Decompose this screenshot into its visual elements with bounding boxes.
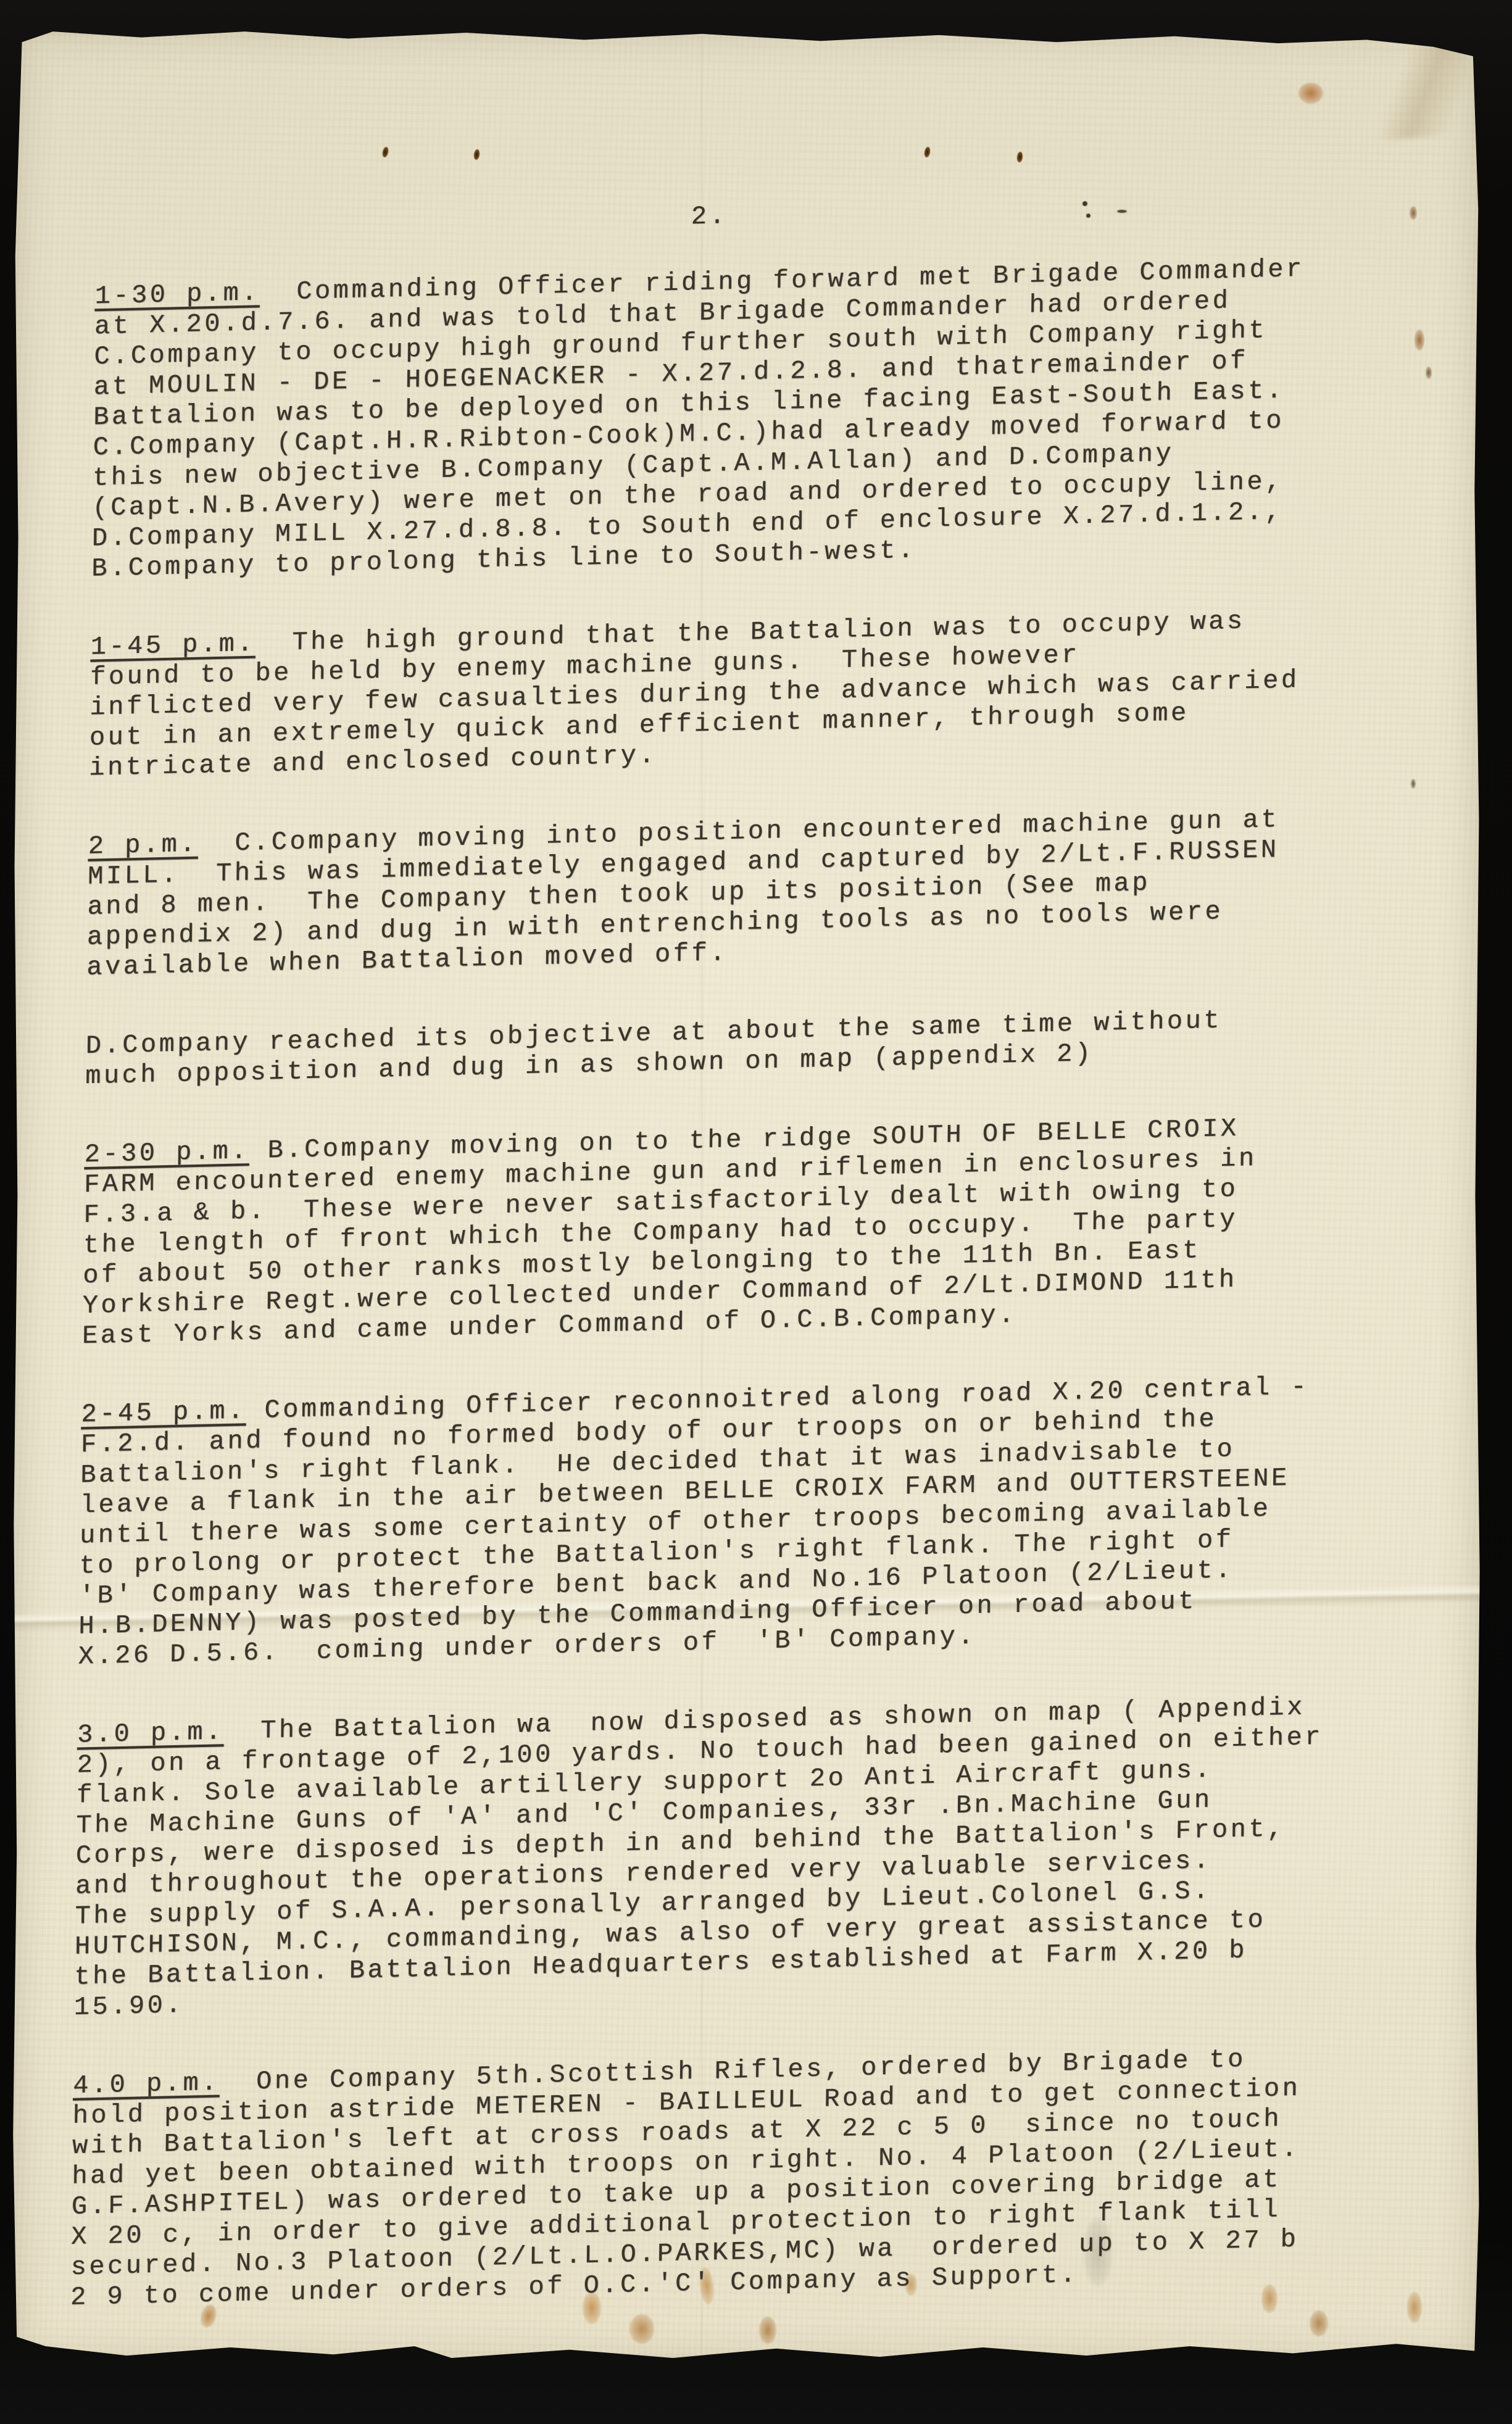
pinhole-mark xyxy=(924,146,931,157)
diary-entry-dcompany: D.Company reached its objective at about… xyxy=(85,1001,1406,1092)
speck-mark xyxy=(1411,779,1416,789)
entry-text: The high ground that the Battalion was t… xyxy=(89,606,1300,783)
entry-text: The Battalion wa now disposed as shown o… xyxy=(74,1692,1324,2022)
entry-time-label: 2-30 p.m. xyxy=(84,1136,249,1169)
diary-entry-3pm: 3.0 p.m. The Battalion wa now disposed a… xyxy=(73,1690,1397,2023)
scanned-war-diary-page: { "page": { "number": "2." }, "entries":… xyxy=(0,0,1512,2424)
typed-text-block: 2. 1-30 p.m. Commanding Officer riding f… xyxy=(70,186,1416,2313)
entry-time-label: 2 p.m. xyxy=(88,829,198,861)
entry-text: Commanding Officer riding forward met Br… xyxy=(91,254,1305,584)
entry-text: B.Company moving on to the ridge SOUTH O… xyxy=(82,1114,1257,1351)
diary-entry-230pm: 2-30 p.m. B.Company moving on to the rid… xyxy=(82,1110,1405,1352)
entry-time-label: 4.0 p.m. xyxy=(73,2067,220,2100)
diary-entry-245pm: 2-45 p.m. Commanding Officer reconnoitre… xyxy=(78,1370,1402,1672)
foxing-stain xyxy=(1310,2310,1328,2336)
foxing-stain xyxy=(1261,2285,1277,2313)
entry-text: D.Company reached its objective at about… xyxy=(85,1005,1222,1091)
diary-entry-130pm: 1-30 p.m. Commanding Officer riding forw… xyxy=(91,252,1415,584)
pinhole-mark xyxy=(1016,152,1023,163)
foxing-stain xyxy=(629,2314,654,2344)
entry-text: One Company 5th.Scottish Rifles, ordered… xyxy=(70,2044,1301,2312)
entry-time-label: 2-45 p.m. xyxy=(81,1396,246,1429)
entry-time-label: 3.0 p.m. xyxy=(77,1717,224,1750)
diary-entry-4pm: 4.0 p.m. One Company 5th.Scottish Rifles… xyxy=(70,2041,1394,2313)
diary-entry-2pm: 2 p.m. C.Company moving into position en… xyxy=(86,802,1408,983)
entry-time-label: 1-30 p.m. xyxy=(94,278,260,311)
foxing-stain xyxy=(1407,2292,1422,2323)
entry-text: Commanding Officer reconnoitred along ro… xyxy=(78,1372,1309,1671)
entry-time-label: 1-45 p.m. xyxy=(90,629,255,662)
entry-text: C.Company moving into position encounter… xyxy=(86,805,1279,982)
pinhole-mark xyxy=(381,146,389,157)
rust-stain xyxy=(1414,330,1424,351)
rust-stain xyxy=(1298,83,1323,104)
diary-entry-145pm: 1-45 p.m. The high ground that the Batta… xyxy=(89,602,1411,784)
page-number: 2. xyxy=(96,186,1416,246)
top-right-fold-shading xyxy=(1345,41,1474,143)
rust-stain xyxy=(1426,367,1432,379)
foxing-stain xyxy=(759,2317,776,2344)
pinhole-mark xyxy=(473,149,480,160)
document-page: 2. 1-30 p.m. Commanding Officer riding f… xyxy=(9,21,1485,2370)
